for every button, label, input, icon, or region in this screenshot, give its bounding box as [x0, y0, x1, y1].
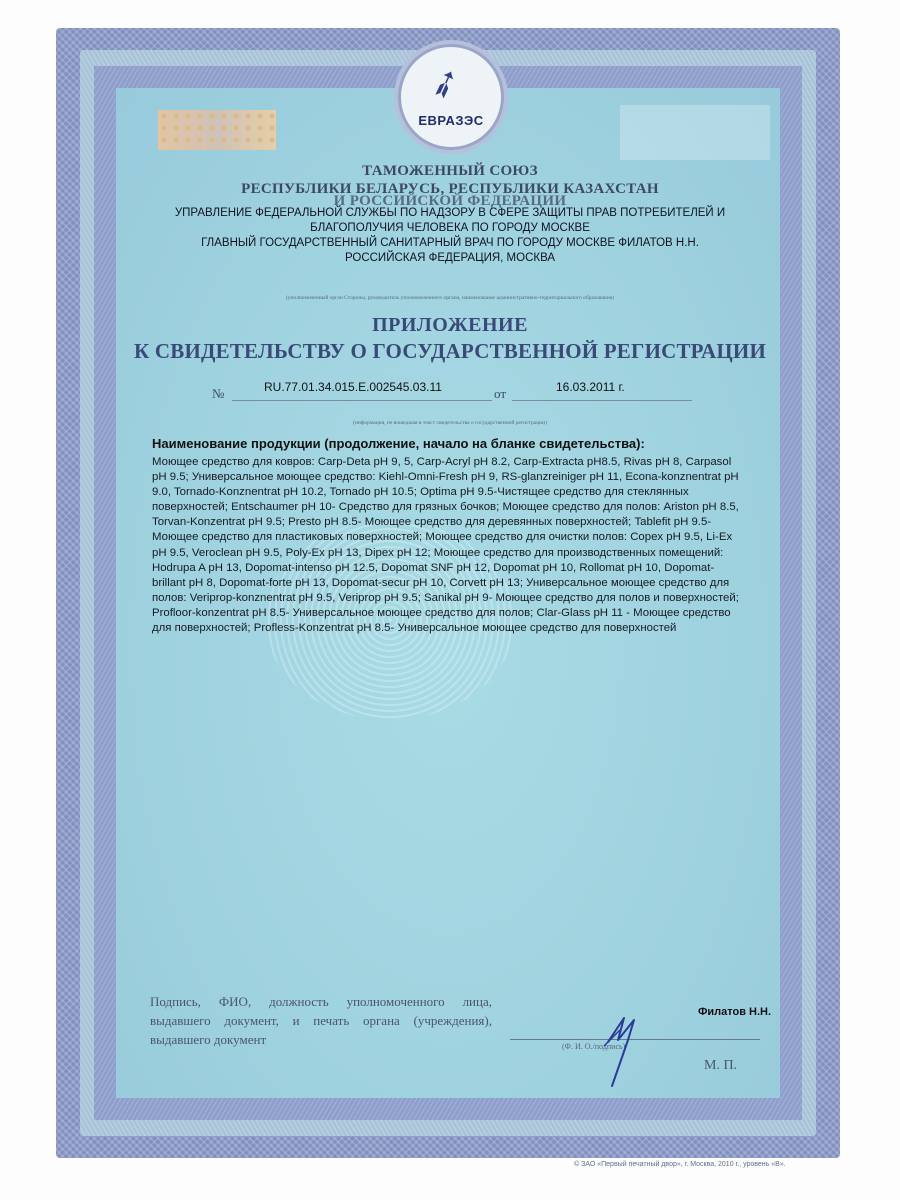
authority-line: УПРАВЛЕНИЕ ФЕДЕРАЛЬНОЙ СЛУЖБЫ ПО НАДЗОРУ…: [110, 206, 790, 221]
authority-caption: (уполномоченный орган Стороны, руководит…: [120, 295, 780, 301]
registration-number: RU.77.01.34.015.E.002545.03.11: [264, 380, 442, 394]
watermark-panel: [620, 105, 770, 160]
document-title: ПРИЛОЖЕНИЕ: [120, 314, 780, 337]
number-label: №: [212, 386, 224, 402]
printer-note: © ЗАО «Первый печатный двор», г. Москва,…: [574, 1161, 786, 1168]
authority-line: РОССИЙСКАЯ ФЕДЕРАЦИЯ, МОСКВА: [110, 251, 790, 266]
union-line: ТАМОЖЕННЫЙ СОЮЗ: [120, 162, 780, 180]
signature-instructions: Подпись, ФИО, должность уполномоченного …: [150, 992, 492, 1049]
document-subtitle: К СВИДЕТЕЛЬСТВУ О ГОСУДАРСТВЕННОЙ РЕГИСТ…: [100, 339, 800, 364]
number-underline: [232, 400, 492, 401]
products-list: Моющее средство для ковров: Carp-Deta pH…: [152, 455, 742, 636]
authority-line: БЛАГОПОЛУЧИЯ ЧЕЛОВЕКА ПО ГОРОДУ МОСКВЕ: [110, 221, 790, 236]
registration-line: № RU.77.01.34.015.E.002545.03.11 от 16.0…: [212, 380, 692, 402]
authority-line: ГЛАВНЫЙ ГОСУДАРСТВЕННЫЙ САНИТАРНЫЙ ВРАЧ …: [110, 236, 790, 251]
stamp-placeholder: М. П.: [704, 1058, 737, 1074]
signer-name: Филатов Н.Н.: [698, 1006, 771, 1018]
products-section: Наименование продукции (продолжение, нач…: [152, 436, 742, 636]
emblem-label: ЕВРАЗЭС: [401, 113, 501, 128]
date-label: от: [494, 386, 506, 402]
products-heading: Наименование продукции (продолжение, нач…: [152, 436, 742, 451]
eurasec-emblem: ➶ ЕВРАЗЭС: [398, 44, 504, 150]
registration-caption: (информация, не вошедшая в текст свидете…: [120, 420, 780, 426]
date-underline: [512, 400, 692, 401]
handwritten-signature-icon: [594, 1010, 644, 1090]
registration-date: 16.03.2011 г.: [556, 380, 625, 394]
customs-union-header: ТАМОЖЕННЫЙ СОЮЗ РЕСПУБЛИКИ БЕЛАРУСЬ, РЕС…: [120, 162, 780, 210]
authority-header: УПРАВЛЕНИЕ ФЕДЕРАЛЬНОЙ СЛУЖБЫ ПО НАДЗОРУ…: [110, 206, 790, 266]
hologram-strip: [158, 110, 276, 150]
eurasec-emblem-icon: ➶: [422, 57, 467, 110]
